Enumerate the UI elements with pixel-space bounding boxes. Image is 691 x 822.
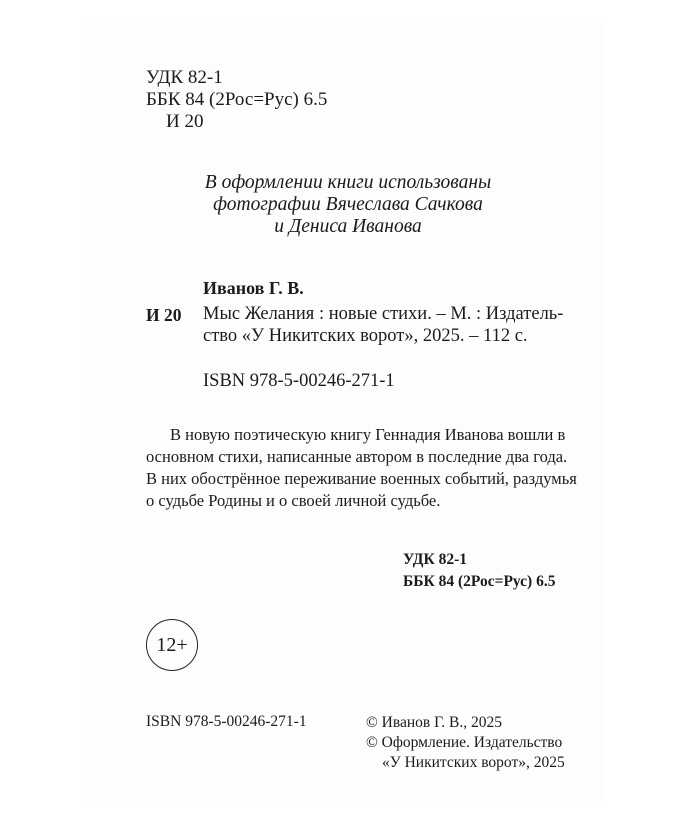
annotation-line: В новую поэтическую книгу Геннадия Ивано… — [146, 424, 542, 446]
age-rating-badge: 12+ — [146, 619, 198, 671]
book-imprint-page — [86, 22, 604, 802]
copyright-line: © Оформление. Издательство — [366, 733, 565, 753]
top-classification-codes: УДК 82-1 ББК 84 (2Рос=Рус) 6.5 И 20 — [146, 67, 327, 133]
annotation-line: основном стихи, написанные автором в пос… — [146, 446, 542, 468]
credits-line: В оформлении книги использованы — [150, 172, 546, 194]
catalog-isbn: ISBN 978-5-00246-271-1 — [203, 371, 395, 392]
copyright-block: © Иванов Г. В., 2025 © Оформление. Издат… — [366, 713, 565, 773]
book-annotation: В новую поэтическую книгу Геннадия Ивано… — [146, 424, 542, 512]
copyright-line: © Иванов Г. В., 2025 — [366, 713, 565, 733]
bbk-code: ББК 84 (2Рос=Рус) 6.5 — [146, 89, 327, 111]
catalog-author-mark: И 20 — [146, 305, 182, 326]
udk-code: УДК 82-1 — [403, 549, 555, 571]
credits-line: фотографии Вячеслава Сачкова — [150, 194, 546, 216]
bottom-classification-codes: УДК 82-1 ББК 84 (2Рос=Рус) 6.5 — [403, 549, 555, 593]
annotation-line: о судьбе Родины и о своей личной судьбе. — [146, 490, 542, 512]
catalog-author: Иванов Г. В. — [203, 278, 304, 299]
annotation-line: В них обострённое переживание военных со… — [146, 468, 542, 490]
description-line: Мыс Желания : новые стихи. – М. : Издате… — [203, 303, 563, 325]
description-line: ство «У Никитских ворот», 2025. – 112 с. — [203, 325, 563, 347]
credits-line: и Дениса Иванова — [150, 216, 546, 238]
bbk-code: ББК 84 (2Рос=Рус) 6.5 — [403, 571, 555, 593]
author-mark: И 20 — [146, 111, 327, 133]
age-rating-label: 12+ — [156, 634, 187, 657]
copyright-line: «У Никитских ворот», 2025 — [366, 753, 565, 773]
footer-isbn: ISBN 978-5-00246-271-1 — [146, 713, 307, 731]
photo-credits: В оформлении книги использованы фотограф… — [150, 172, 546, 238]
udk-code: УДК 82-1 — [146, 67, 327, 89]
bibliographic-description: Мыс Желания : новые стихи. – М. : Издате… — [203, 303, 563, 347]
